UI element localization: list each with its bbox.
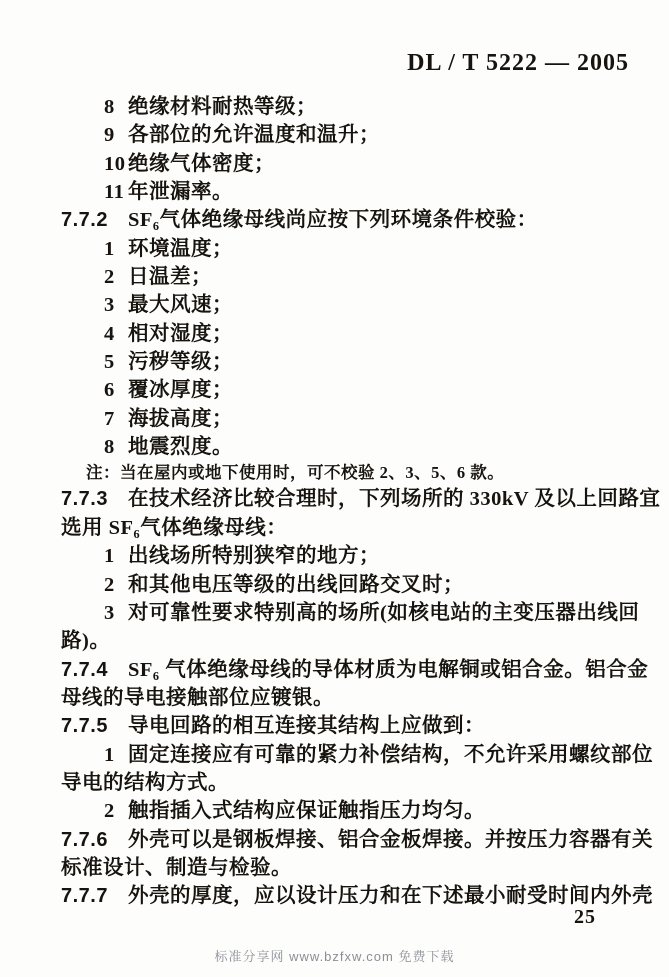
list-item-line: 1环境温度； (61, 235, 627, 263)
list-number: 1 (104, 542, 128, 570)
line-text: 导电回路的相互连接其结构上应做到： (128, 715, 485, 737)
list-item-line: 3最大风速； (61, 291, 627, 319)
clause-number: 7.7.7 (61, 882, 128, 910)
list-item-line: 4相对湿度； (61, 320, 627, 348)
clause-line: 7.7.7外壳的厚度，应以设计压力和在下述最小耐受时间内外壳 (61, 882, 627, 910)
clause-number: 7.7.4 (61, 656, 128, 684)
line-text: 覆冰厚度； (128, 379, 233, 401)
line-text: 导电的结构方式。 (61, 772, 229, 794)
line-text: SF₆ 气体绝缘母线的导体材质为电解铜或铝合金。铝合金 (128, 659, 648, 681)
clause-number: 7.7.3 (61, 485, 128, 513)
clause-number: 7.7.2 (61, 206, 128, 234)
line-text: 外壳可以是钢板焊接、铝合金板焊接。并按压力容器有关 (128, 829, 653, 851)
line-text: 出线场所特别狭窄的地方； (128, 545, 380, 567)
line-text: 标准设计、制造与检验。 (61, 857, 292, 879)
list-number: 3 (104, 291, 128, 319)
list-item-line: 1固定连接应有可靠的紧力补偿结构，不允许采用螺纹部位 (61, 741, 627, 769)
list-item-line: 3对可靠性要求特别高的场所(如核电站的主变压器出线回 (61, 599, 627, 627)
list-number: 2 (104, 571, 128, 599)
list-item-line: 1出线场所特别狭窄的地方； (61, 542, 627, 570)
list-number: 7 (104, 405, 128, 433)
standard-number: DL / T 5222 — 2005 (407, 50, 629, 76)
list-item-line: 9各部位的允许温度和温升； (61, 121, 627, 149)
list-number: 2 (104, 263, 128, 291)
document-page: DL / T 5222 — 2005 8绝缘材料耐热等级；9各部位的允许温度和温… (0, 0, 669, 977)
line-text: 对可靠性要求特别高的场所(如核电站的主变压器出线回 (128, 602, 639, 624)
continuation-line: 路)。 (61, 627, 627, 655)
line-text: 在技术经济比较合理时，下列场所的 330kV 及以上回路宜 (128, 488, 660, 510)
list-number: 8 (104, 93, 128, 121)
list-number: 4 (104, 320, 128, 348)
list-number: 2 (104, 797, 128, 825)
line-text: 日温差； (128, 266, 212, 288)
list-item-line: 11年泄漏率。 (61, 178, 627, 206)
clause-number: 7.7.5 (61, 712, 128, 740)
clause-line: 7.7.3在技术经济比较合理时，下列场所的 330kV 及以上回路宜 (61, 485, 627, 513)
line-text: 绝缘气体密度； (128, 153, 275, 175)
document-body: 8绝缘材料耐热等级；9各部位的允许温度和温升；10绝缘气体密度；11年泄漏率。7… (61, 93, 627, 911)
line-text: 年泄漏率。 (128, 181, 233, 203)
list-item-line: 2和其他电压等级的出线回路交叉时； (61, 571, 627, 599)
clause-number: 7.7.6 (61, 826, 128, 854)
line-text: 海拔高度； (128, 408, 233, 430)
list-number: 1 (104, 235, 128, 263)
line-text: 注：当在屋内或地下使用时，可不校验 2、3、5、6 款。 (86, 463, 504, 482)
clause-line: 7.7.5导电回路的相互连接其结构上应做到： (61, 712, 627, 740)
line-text: 环境温度； (128, 238, 233, 260)
line-text: 选用 SF₆气体绝缘母线： (61, 517, 287, 539)
continuation-line: 选用 SF₆气体绝缘母线： (61, 514, 627, 542)
list-number: 10 (104, 150, 128, 178)
continuation-line: 母线的导电接触部位应镀银。 (61, 684, 627, 712)
list-number: 6 (104, 376, 128, 404)
line-text: 地震烈度。 (128, 436, 233, 458)
list-item-line: 8绝缘材料耐热等级； (61, 93, 627, 121)
list-item-line: 5污秽等级； (61, 348, 627, 376)
list-item-line: 2日温差； (61, 263, 627, 291)
page-number: 25 (574, 906, 596, 929)
list-number: 3 (104, 599, 128, 627)
list-item-line: 7海拔高度； (61, 405, 627, 433)
list-item-line: 2触指插入式结构应保证触指压力均匀。 (61, 797, 627, 825)
line-text: 最大风速； (128, 294, 233, 316)
watermark-text: 标准分享网 www.bzfxw.com 免费下载 (0, 946, 669, 965)
list-item-line: 10绝缘气体密度； (61, 150, 627, 178)
continuation-line: 标准设计、制造与检验。 (61, 854, 627, 882)
line-text: 母线的导电接触部位应镀银。 (61, 687, 334, 709)
line-text: 路)。 (61, 630, 110, 652)
line-text: 绝缘材料耐热等级； (128, 96, 317, 118)
note-line: 注：当在屋内或地下使用时，可不校验 2、3、5、6 款。 (61, 461, 627, 485)
continuation-line: 导电的结构方式。 (61, 769, 627, 797)
list-number: 1 (104, 741, 128, 769)
list-number: 5 (104, 348, 128, 376)
list-number: 8 (104, 433, 128, 461)
line-text: 外壳的厚度，应以设计压力和在下述最小耐受时间内外壳 (128, 885, 653, 907)
page-header: DL / T 5222 — 2005 (0, 50, 629, 77)
list-number: 11 (104, 178, 128, 206)
line-text: 和其他电压等级的出线回路交叉时； (128, 574, 464, 596)
clause-line: 7.7.6外壳可以是钢板焊接、铝合金板焊接。并按压力容器有关 (61, 826, 627, 854)
line-text: SF₆气体绝缘母线尚应按下列环境条件校验： (128, 209, 538, 231)
line-text: 污秽等级； (128, 351, 233, 373)
line-text: 相对湿度； (128, 323, 233, 345)
list-number: 9 (104, 121, 128, 149)
line-text: 各部位的允许温度和温升； (128, 124, 380, 146)
line-text: 固定连接应有可靠的紧力补偿结构，不允许采用螺纹部位 (128, 744, 653, 766)
list-item-line: 8地震烈度。 (61, 433, 627, 461)
line-text: 触指插入式结构应保证触指压力均匀。 (128, 800, 485, 822)
clause-line: 7.7.4SF₆ 气体绝缘母线的导体材质为电解铜或铝合金。铝合金 (61, 656, 627, 684)
list-item-line: 6覆冰厚度； (61, 376, 627, 404)
clause-line: 7.7.2SF₆气体绝缘母线尚应按下列环境条件校验： (61, 206, 627, 234)
